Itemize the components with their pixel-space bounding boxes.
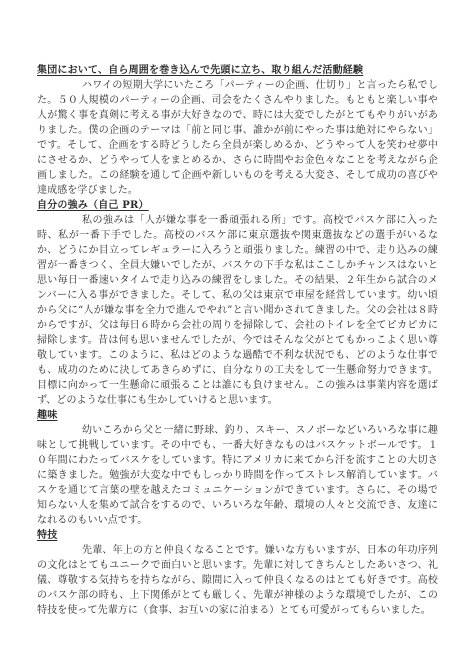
heading-hobby: 趣味	[37, 408, 438, 423]
paragraph-activity-experience: ハワイの短期大学にいたころ「パーティーの企画、仕切り」と言ったら私でした。５０人…	[37, 78, 438, 198]
section-hobby: 趣味 幼いころから父と一緒に野球、釣り、スキー、スノボーなどいろいろな事に趣味と…	[37, 408, 438, 528]
paragraph-hobby: 幼いころから父と一緒に野球、釣り、スキー、スノボーなどいろいろな事に趣味として挑…	[37, 423, 438, 528]
document-content: 集団において、自ら周囲を巻き込んで先頭に立ち、取り組んだ活動経験 ハワイの短期大…	[37, 63, 438, 618]
section-activity-experience: 集団において、自ら周囲を巻き込んで先頭に立ち、取り組んだ活動経験 ハワイの短期大…	[37, 63, 438, 198]
section-specialty: 特技 先輩、年上の方と仲良くなることです。嫌いな方もいますが、日本の年功序列の文…	[37, 528, 438, 618]
section-self-pr: 自分の強み（自己 PR） 私の強みは「人が嫌な事を一番頑張れる所」です。高校でバ…	[37, 198, 438, 408]
paragraph-self-pr: 私の強みは「人が嫌な事を一番頑張れる所」です。高校でバスケ部に入った時、私が一番…	[37, 213, 438, 408]
heading-self-pr: 自分の強み（自己 PR）	[37, 198, 438, 213]
document-page: 集団において、自ら周囲を巻き込んで先頭に立ち、取り組んだ活動経験 ハワイの短期大…	[0, 0, 474, 670]
paragraph-specialty: 先輩、年上の方と仲良くなることです。嫌いな方もいますが、日本の年功序列の文化はと…	[37, 543, 438, 618]
heading-specialty: 特技	[37, 528, 438, 543]
heading-activity-experience: 集団において、自ら周囲を巻き込んで先頭に立ち、取り組んだ活動経験	[37, 63, 438, 78]
